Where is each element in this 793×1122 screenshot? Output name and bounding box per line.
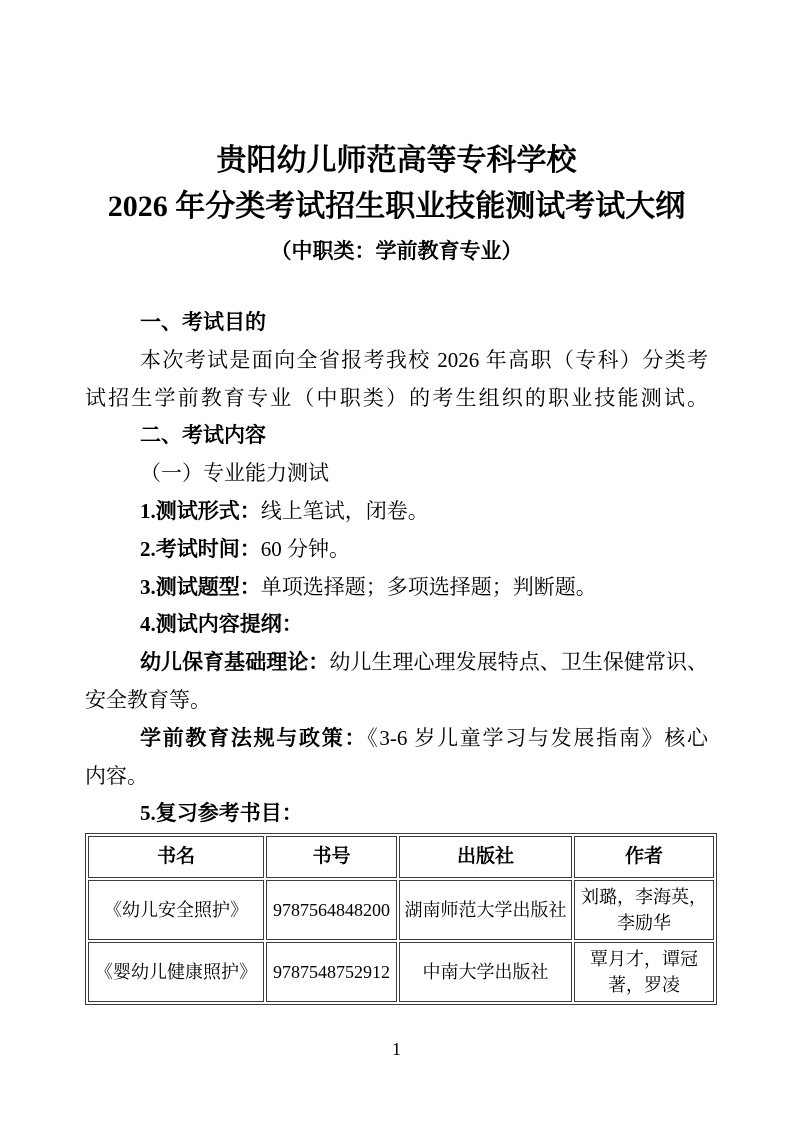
subheading-professional-ability-test: （一）专业能力测试 (85, 455, 708, 493)
paragraph-childcare-theory-line-1: 幼儿保育基础理论：幼儿生理心理发展特点、卫生保健常识、 (85, 644, 708, 682)
item-label: 4.测试内容提纲： (140, 612, 303, 636)
paragraph-text: 本次考试是面向全省报考我校 2026 年高职（专科）分类考 (140, 348, 708, 372)
item-text: 60 分钟。 (261, 537, 350, 561)
item-question-types: 3.测试题型：单项选择题；多项选择题；判断题。 (85, 569, 708, 607)
cell-publisher: 中南大学出版社 (399, 942, 572, 1002)
cell-isbn: 9787564848200 (266, 880, 397, 940)
subheading-text: （一）专业能力测试 (140, 461, 329, 485)
heading-text: 二、考试内容 (140, 424, 266, 447)
column-header-book-name: 书名 (88, 836, 264, 878)
cell-isbn: 9787548752912 (266, 942, 397, 1002)
item-exam-duration: 2.考试时间：60 分钟。 (85, 531, 708, 569)
cell-book-name: 《幼儿安全照护》 (88, 880, 264, 940)
heading-text: 一、考试目的 (140, 311, 266, 334)
item-text: 单项选择题；多项选择题；判断题。 (261, 575, 597, 599)
item-label: 1.测试形式： (140, 499, 261, 523)
cell-book-name: 《婴幼儿健康照护》 (88, 942, 264, 1002)
cell-author: 覃月才，谭冠著，罗凌 (574, 942, 714, 1002)
table-header-row: 书名 书号 出版社 作者 (88, 836, 714, 878)
table-row: 《婴幼儿健康照护》 9787548752912 中南大学出版社 覃月才，谭冠著，… (88, 942, 714, 1002)
heading-exam-content: 二、考试内容 (85, 417, 708, 455)
paragraph-label: 幼儿保育基础理论： (140, 650, 329, 674)
paragraph-purpose-line-1: 本次考试是面向全省报考我校 2026 年高职（专科）分类考 (85, 342, 708, 380)
reference-books-table: 书名 书号 出版社 作者 《幼儿安全照护》 9787564848200 湖南师范… (85, 833, 717, 1005)
paragraph-childcare-theory-line-2: 安全教育等。 (85, 682, 708, 720)
paragraph-laws-policies-line-2: 内容。 (85, 758, 708, 796)
heading-exam-purpose: 一、考试目的 (85, 304, 708, 342)
document-title-line-2: 2026 年分类考试招生职业技能测试考试大纲 (85, 184, 708, 230)
document-page: 贵阳幼儿师范高等专科学校 2026 年分类考试招生职业技能测试考试大纲 （中职类… (0, 0, 793, 1122)
cell-author: 刘璐，李海英，李励华 (574, 880, 714, 940)
document-title-line-1: 贵阳幼儿师范高等专科学校 (85, 138, 708, 184)
item-content-outline: 4.测试内容提纲： (85, 606, 708, 644)
paragraph-label: 学前教育法规与政策： (140, 726, 367, 750)
column-header-publisher: 出版社 (399, 836, 572, 878)
item-label: 2.考试时间： (140, 537, 261, 561)
cell-publisher: 湖南师范大学出版社 (399, 880, 572, 940)
item-label: 5.复习参考书目： (140, 801, 303, 825)
table-row: 《幼儿安全照护》 9787564848200 湖南师范大学出版社 刘璐，李海英，… (88, 880, 714, 940)
paragraph-text: 内容。 (85, 764, 148, 788)
column-header-author: 作者 (574, 836, 714, 878)
paragraph-text: 试招生学前教育专业（中职类）的考生组织的职业技能测试。 (85, 386, 708, 410)
paragraph-text: 幼儿生理心理发展特点、卫生保健常识、 (329, 650, 708, 674)
column-header-isbn: 书号 (266, 836, 397, 878)
paragraph-text: 《3-6 岁儿童学习与发展指南》核心 (367, 726, 708, 750)
document-body: 一、考试目的 本次考试是面向全省报考我校 2026 年高职（专科）分类考 试招生… (85, 304, 708, 1005)
document-subtitle: （中职类：学前教育专业） (85, 234, 708, 268)
item-label: 3.测试题型： (140, 575, 261, 599)
paragraph-laws-policies-line-1: 学前教育法规与政策：《3-6 岁儿童学习与发展指南》核心 (85, 720, 708, 758)
paragraph-purpose-line-2: 试招生学前教育专业（中职类）的考生组织的职业技能测试。 (85, 380, 708, 418)
paragraph-text: 安全教育等。 (85, 688, 211, 712)
item-reference-books: 5.复习参考书目： (85, 795, 708, 833)
item-text: 线上笔试，闭卷。 (261, 499, 429, 523)
item-test-format: 1.测试形式：线上笔试，闭卷。 (85, 493, 708, 531)
page-number: 1 (0, 1036, 793, 1062)
